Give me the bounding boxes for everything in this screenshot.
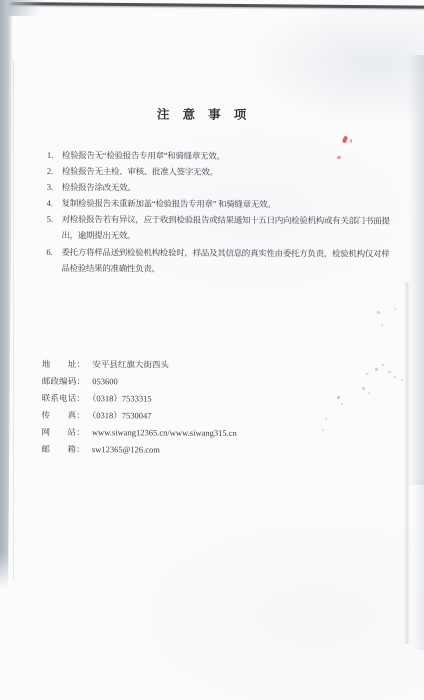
contact-value: sw12365@126.com [92,444,160,454]
contact-label: 邮 箱： [41,444,85,454]
notes-list: 1. 检验报告无“检验报告专用章”和骑缝章无效。 2. 检验报告无主检、审核、批… [46,147,424,278]
note-item-6: 6. 委托方将样品送到检验机构检验时，样品及其信息的真实性由委托方负责，检验机构… [46,243,423,277]
contact-row-email: 邮 箱：sw12365@126.com [41,441,236,459]
contact-row-website: 网 站：www.siwang12365.cn/www.siwang315.cn [41,424,236,442]
note-item-5: 5. 对检验报告若有异议，应于收到检验报告或结果通知十五日内向检验机构或有关部门… [46,211,423,245]
note-number: 2. [47,163,62,179]
page-title: 注 意 事 项 [0,104,408,124]
contact-row-address: 地 址：安平县红旗大街西头 [42,356,237,374]
note-text: 复制检验报告未重新加盖“检验报告专用章” 和骑缝章无效。 [62,195,276,212]
document-content: 注 意 事 项 1. 检验报告无“检验报告专用章”和骑缝章无效。 2. 检验报告… [0,0,424,700]
contact-value: （0318）7533315 [92,393,152,403]
note-text: 委托方将样品送到检验机构检验时，样品及其信息的真实性由委托方负责，检验机构仅对样… [61,244,389,278]
contact-label: 联系电话： [42,393,86,403]
note-text: 检验报告无“检验报告专用章”和骑缝章无效。 [62,147,225,164]
note-item-1: 1. 检验报告无“检验报告专用章”和骑缝章无效。 [47,147,424,165]
contact-label: 传 真： [42,410,86,420]
note-number: 1. [47,147,62,163]
note-item-4: 4. 复制检验报告未重新加盖“检验报告专用章” 和骑缝章无效。 [47,195,424,213]
contact-label: 网 站： [41,427,85,437]
note-number: 6. [46,243,61,259]
contact-value: www.siwang12365.cn/www.siwang315.cn [92,427,237,438]
note-text: 对检验报告若有异议，应于收到检验报告或结果通知十五日内向检验机构或有关部门书面提… [61,211,389,245]
scanned-document-page: 注 意 事 项 1. 检验报告无“检验报告专用章”和骑缝章无效。 2. 检验报告… [0,0,424,700]
note-item-3: 3. 检验报告涂改无效。 [47,179,424,197]
note-text: 检验报告无主检、审核、批准人签字无效。 [62,163,218,180]
contact-row-fax: 传 真：（0318）7530047 [42,407,237,425]
contact-value: 安平县红旗大街西头 [92,359,169,369]
contact-value: （0318）7530047 [92,410,152,420]
contact-label: 地 址： [42,359,86,369]
contact-row-phone: 联系电话：（0318）7533315 [42,390,237,408]
note-text: 检验报告涂改无效。 [62,179,136,195]
note-number: 3. [47,179,62,195]
contact-row-postcode: 邮政编码：053600 [42,373,237,391]
contact-value: 053600 [92,376,118,386]
note-item-2: 2. 检验报告无主检、审核、批准人签字无效。 [47,163,424,181]
contact-block: 地 址：安平县红旗大街西头 邮政编码：053600 联系电话：（0318）753… [41,356,237,459]
contact-label: 邮政编码： [42,376,86,386]
note-number: 4. [47,195,62,211]
note-number: 5. [47,211,62,227]
